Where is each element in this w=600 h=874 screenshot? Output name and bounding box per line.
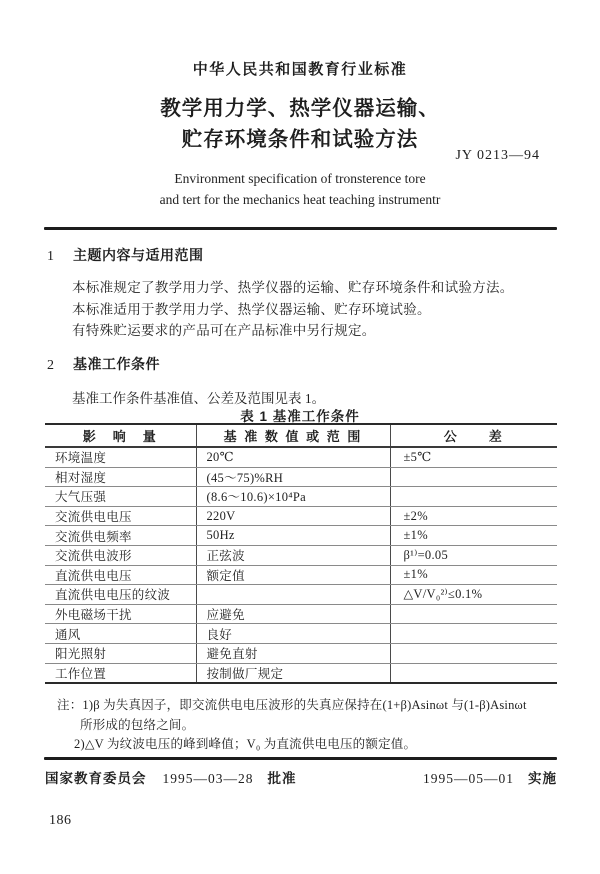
paragraph: 本标准规定了教学用力学、热学仪器的运输、贮存环境条件和试验方法。: [45, 277, 559, 299]
table-cell: ±5℃: [390, 447, 557, 467]
table-cell: 相对湿度: [45, 467, 196, 487]
section-2-heading: 2基准工作条件: [47, 354, 557, 374]
table-cell: 应避免: [196, 604, 390, 624]
table-cell: 避免直射: [196, 643, 390, 663]
section-1-title: 主题内容与适用范围: [73, 247, 204, 263]
table-cell: 交流供电电压: [45, 506, 196, 526]
standard-code: JY 0213—94: [45, 148, 540, 164]
note-line-3: 2)△V 为纹波电压的峰到峰值；V₀ 为直流供电电压的额定值。: [74, 735, 553, 755]
table-cell: (8.6～10.6)×10⁴Pa: [196, 487, 390, 507]
english-title-line2: and tert for the mechanics heat teaching…: [0, 190, 600, 211]
document-title-line1: 教学用力学、热学仪器运输、: [0, 93, 600, 124]
table-cell: 良好: [196, 624, 390, 644]
table-cell: 直流供电电压: [45, 565, 196, 585]
section-1-number: 1: [47, 249, 73, 265]
table-row: 相对湿度(45～75)%RH: [45, 467, 557, 487]
table-body: 环境温度20℃±5℃相对湿度(45～75)%RH大气压强(8.6～10.6)×1…: [45, 447, 557, 683]
table-cell: 20℃: [196, 447, 390, 467]
table-row: 交流供电电压220V±2%: [45, 506, 557, 526]
table-row: 直流供电电压的纹波△V/V₀²⁾≤0.1%: [45, 585, 557, 605]
approval-date: 1995—03—28: [163, 771, 254, 787]
table-cell: 按制做厂规定: [196, 663, 390, 683]
table-notes: 注：1)β 为失真因子，即交流供电电压波形的失真应保持在(1+β)Asinωt …: [57, 696, 553, 755]
section-1-heading: 1主题内容与适用范围: [47, 245, 557, 265]
english-title-line1: Environment specification of tronsterenc…: [0, 169, 600, 190]
approval-footer: 国家教育委员会 1995—03—28 批准 1995—05—01 实施: [45, 767, 557, 787]
table-cell: 220V: [196, 506, 390, 526]
footer-divider-rule: [44, 757, 557, 760]
implementation-label: 实施: [528, 767, 557, 787]
table-cell: [390, 604, 557, 624]
implementation-right: 1995—05—01 实施: [423, 767, 557, 787]
table-cell: 外电磁场干扰: [45, 604, 196, 624]
column-header-reference-value: 基 准 数 值 或 范 围: [196, 424, 390, 447]
table-cell: [390, 663, 557, 683]
table-row: 交流供电频率50Hz±1%: [45, 526, 557, 546]
table-header-row: 影 响 量 基 准 数 值 或 范 围 公 差: [45, 424, 557, 447]
table-row: 大气压强(8.6～10.6)×10⁴Pa: [45, 487, 557, 507]
table-cell: [390, 467, 557, 487]
section-2-number: 2: [47, 358, 73, 374]
table-cell: 工作位置: [45, 663, 196, 683]
table-cell: (45～75)%RH: [196, 467, 390, 487]
table-cell: 阳光照射: [45, 643, 196, 663]
standard-category-label: 中华人民共和国教育行业标准: [0, 58, 600, 79]
table-cell: △V/V₀²⁾≤0.1%: [390, 585, 557, 605]
approval-label: 批准: [268, 767, 297, 787]
note-line-1: 注：1)β 为失真因子，即交流供电电压波形的失真应保持在(1+β)Asinωt …: [57, 696, 553, 716]
column-header-influence-quantity: 影 响 量: [45, 424, 196, 447]
table-cell: 通风: [45, 624, 196, 644]
table-row: 通风良好: [45, 624, 557, 644]
table-cell: [390, 487, 557, 507]
paragraph: 基准工作条件基准值、公差及范围见表 1。: [45, 387, 559, 407]
table-cell: ±2%: [390, 506, 557, 526]
note-line-2: 所形成的包络之间。: [80, 716, 553, 736]
table-cell: 交流供电频率: [45, 526, 196, 546]
table-cell: ±1%: [390, 526, 557, 546]
table-caption: 表 1 基准工作条件: [0, 405, 600, 425]
table-cell: 直流供电电压的纹波: [45, 585, 196, 605]
section-1-body: 本标准规定了教学用力学、热学仪器的运输、贮存环境条件和试验方法。 本标准适用于教…: [45, 277, 559, 342]
table-cell: ±1%: [390, 565, 557, 585]
issuing-body: 国家教育委员会: [45, 767, 147, 787]
reference-conditions-table: 影 响 量 基 准 数 值 或 范 围 公 差 环境温度20℃±5℃相对湿度(4…: [45, 423, 557, 684]
header-divider-rule: [44, 227, 557, 230]
table-cell: 正弦波: [196, 545, 390, 565]
table-row: 直流供电电压额定值±1%: [45, 565, 557, 585]
table-cell: β¹⁾=0.05: [390, 545, 557, 565]
table-cell: 大气压强: [45, 487, 196, 507]
section-2-title: 基准工作条件: [73, 356, 160, 372]
table-cell: 50Hz: [196, 526, 390, 546]
table-cell: [196, 585, 390, 605]
table-cell: [390, 624, 557, 644]
english-title: Environment specification of tronsterenc…: [0, 169, 600, 210]
table-cell: 交流供电波形: [45, 545, 196, 565]
section-2-intro: 基准工作条件基准值、公差及范围见表 1。: [45, 387, 559, 407]
document-title: 教学用力学、热学仪器运输、 贮存环境条件和试验方法: [0, 93, 600, 155]
table-row: 外电磁场干扰应避免: [45, 604, 557, 624]
table-cell: 环境温度: [45, 447, 196, 467]
column-header-tolerance: 公 差: [390, 424, 557, 447]
table-row: 环境温度20℃±5℃: [45, 447, 557, 467]
paragraph: 本标准适用于教学用力学、热学仪器运输、贮存环境试验。: [45, 299, 559, 321]
table-row: 工作位置按制做厂规定: [45, 663, 557, 683]
table-cell: [390, 643, 557, 663]
table-row: 阳光照射避免直射: [45, 643, 557, 663]
implementation-date: 1995—05—01: [423, 771, 514, 787]
page-number: 186: [49, 813, 72, 829]
paragraph: 有特殊贮运要求的产品可在产品标准中另行规定。: [45, 320, 559, 342]
approval-left: 国家教育委员会 1995—03—28 批准: [45, 767, 297, 787]
table-cell: 额定值: [196, 565, 390, 585]
table-row: 交流供电波形正弦波β¹⁾=0.05: [45, 545, 557, 565]
